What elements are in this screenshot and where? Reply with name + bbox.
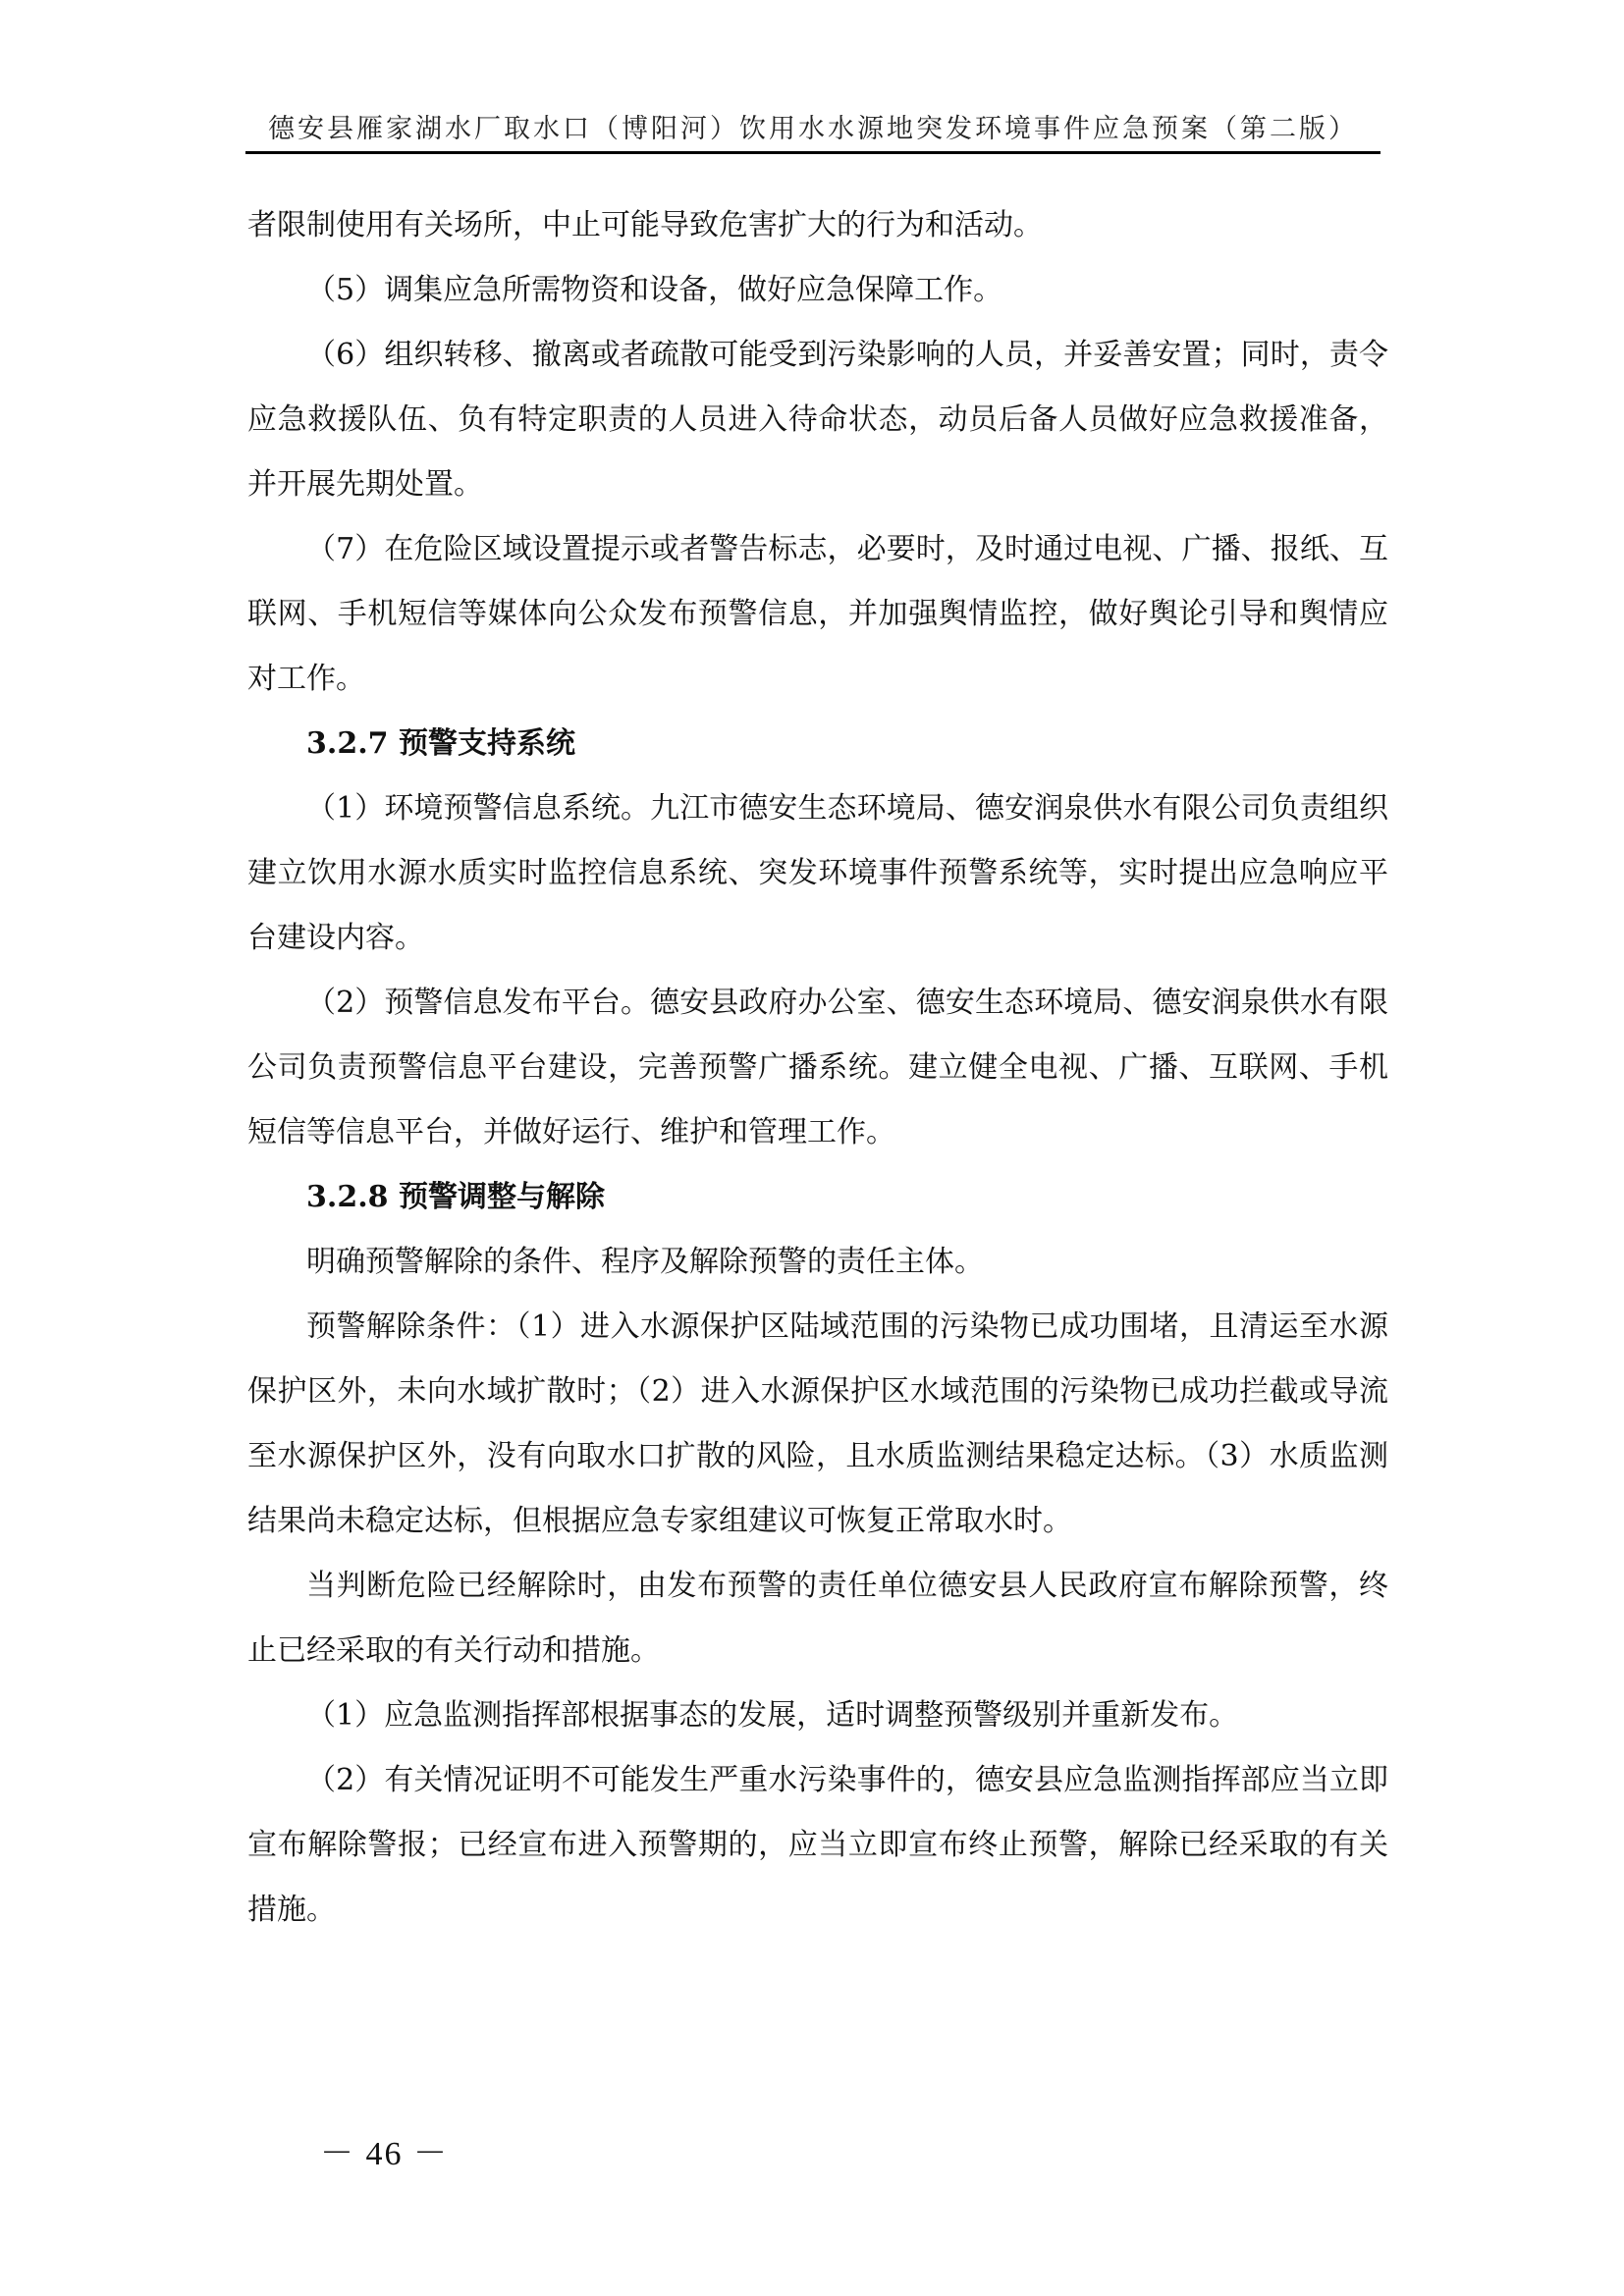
paragraph-terminate-warning: （2）有关情况证明不可能发生严重水污染事件的，德安县应急监测指挥部应当立即宣布解… (247, 1748, 1388, 1943)
paragraph-danger-lifted: 当判断危险已经解除时，由发布预警的责任单位德安县人民政府宣布解除预警，终止已经采… (247, 1554, 1388, 1683)
running-header: 德安县雁家湖水厂取水口（博阳河）饮用水水源地突发环境事件应急预案（第二版） (245, 110, 1380, 149)
section-heading-3-2-7: 3.2.7 预警支持系统 (247, 712, 1388, 776)
paragraph-adjust-level: （1）应急监测指挥部根据事态的发展，适时调整预警级别并重新发布。 (247, 1683, 1388, 1748)
paragraph-warning-info-system: （1）环境预警信息系统。九江市德安生态环境局、德安润泉供水有限公司负责组织建立饮… (247, 776, 1388, 971)
paragraph-continuation: 者限制使用有关场所，中止可能导致危害扩大的行为和活动。 (247, 193, 1388, 258)
paragraph-item-6: （6）组织转移、撤离或者疏散可能受到污染影响的人员，并妥善安置；同时，责令应急救… (247, 323, 1388, 517)
paragraph-item-7: （7）在危险区域设置提示或者警告标志，必要时，及时通过电视、广播、报纸、互联网、… (247, 517, 1388, 712)
paragraph-item-5: （5）调集应急所需物资和设备，做好应急保障工作。 (247, 258, 1388, 323)
header-divider (245, 151, 1380, 154)
paragraph-release-conditions-intro: 明确预警解除的条件、程序及解除预警的责任主体。 (247, 1230, 1388, 1295)
section-heading-3-2-8: 3.2.8 预警调整与解除 (247, 1165, 1388, 1230)
paragraph-warning-release-platform: （2）预警信息发布平台。德安县政府办公室、德安生态环境局、德安润泉供水有限公司负… (247, 971, 1388, 1165)
paragraph-release-conditions: 预警解除条件：（1）进入水源保护区陆域范围的污染物已成功围堵，且清运至水源保护区… (247, 1295, 1388, 1554)
document-body: 者限制使用有关场所，中止可能导致危害扩大的行为和活动。 （5）调集应急所需物资和… (247, 193, 1388, 1943)
page-number: － 46 － (320, 2126, 449, 2174)
